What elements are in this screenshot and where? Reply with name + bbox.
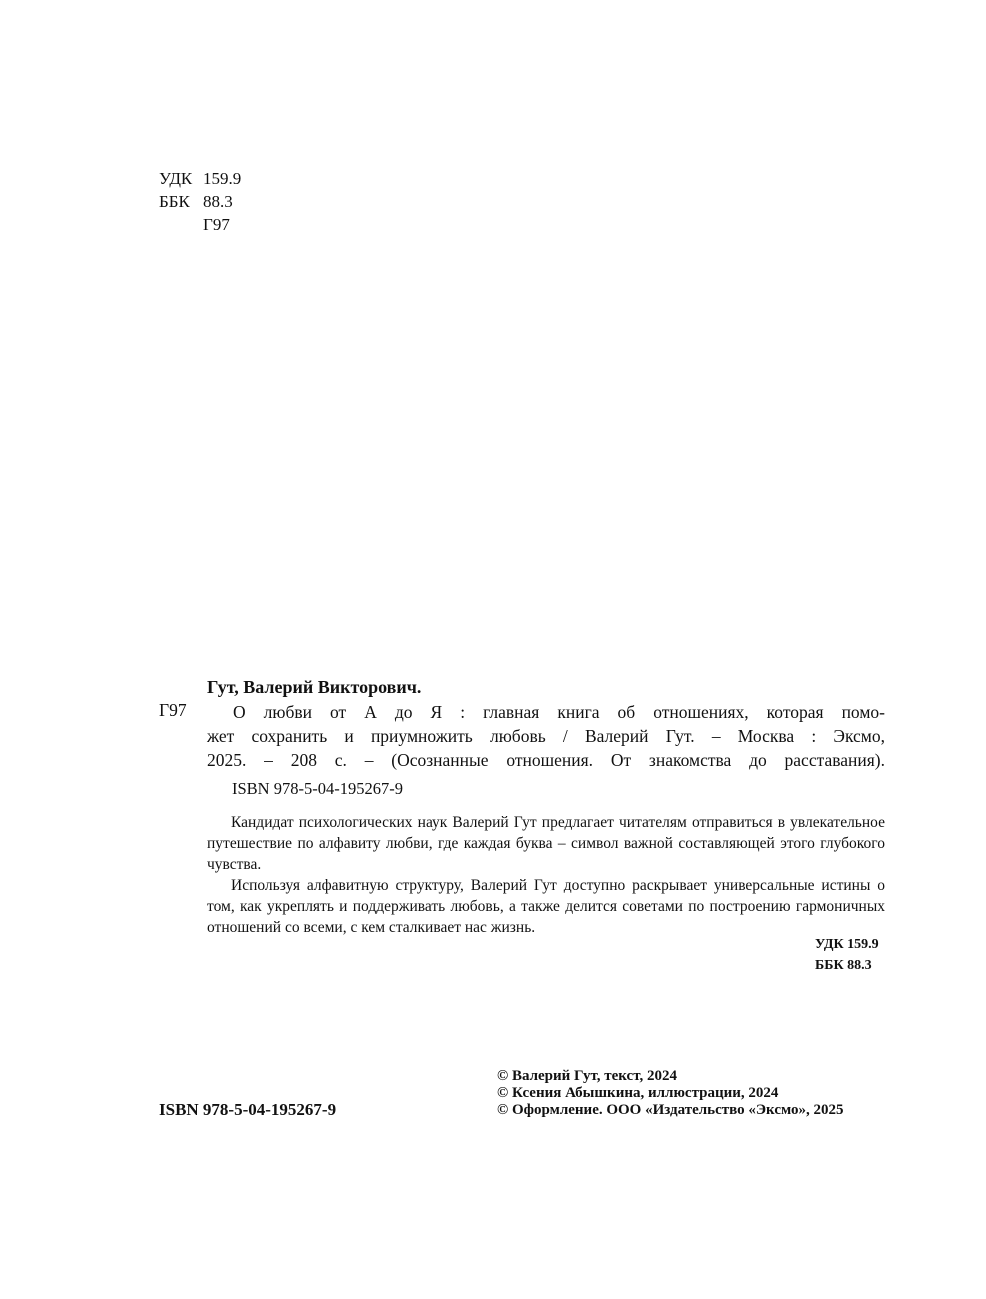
annotation-bbk: ББК 88.3 [815,955,872,976]
author-heading: Гут, Валерий Викторович. [207,677,421,698]
copyright-line: © Ксения Абышкина, иллюстрации, 2024 [497,1085,844,1102]
annotation-udk: УДК 159.9 [815,934,879,955]
copyright-line: © Валерий Гут, текст, 2024 [497,1068,844,1085]
udk-label: УДК [159,169,192,188]
description-line: О любви от А до Я : главная книга об отн… [207,700,885,724]
bibliographic-description: О любви от А до Я : главная книга об отн… [207,700,885,772]
annotation-paragraph: Используя алфавитную структуру, Валерий … [207,875,885,938]
description-line: 2025. – 208 с. – (Осознанные отношения. … [207,748,885,772]
annotation: Кандидат психологических наук Валерий Гу… [207,812,885,938]
annotation-paragraph: Кандидат психологических наук Валерий Гу… [207,812,885,875]
description-line: жет сохранить и приумножить любовь / Вал… [207,724,885,748]
copyright-line: © Оформление. ООО «Издательство «Эксмо»,… [497,1102,844,1119]
record-isbn: ISBN 978-5-04-195267-9 [232,779,403,799]
bbk-line: ББК 88.3 [159,191,190,213]
udk-line: УДК 159.9 [159,168,192,190]
bbk-label: ББК [159,192,190,211]
footer-isbn: ISBN 978-5-04-195267-9 [159,1100,336,1120]
copyright-block: © Валерий Гут, текст, 2024 © Ксения Абыш… [497,1068,844,1119]
author-sign: Г97 [203,214,230,236]
bbk-value: 88.3 [203,191,233,213]
record-author-sign: Г97 [159,700,187,721]
udk-value: 159.9 [203,168,241,190]
